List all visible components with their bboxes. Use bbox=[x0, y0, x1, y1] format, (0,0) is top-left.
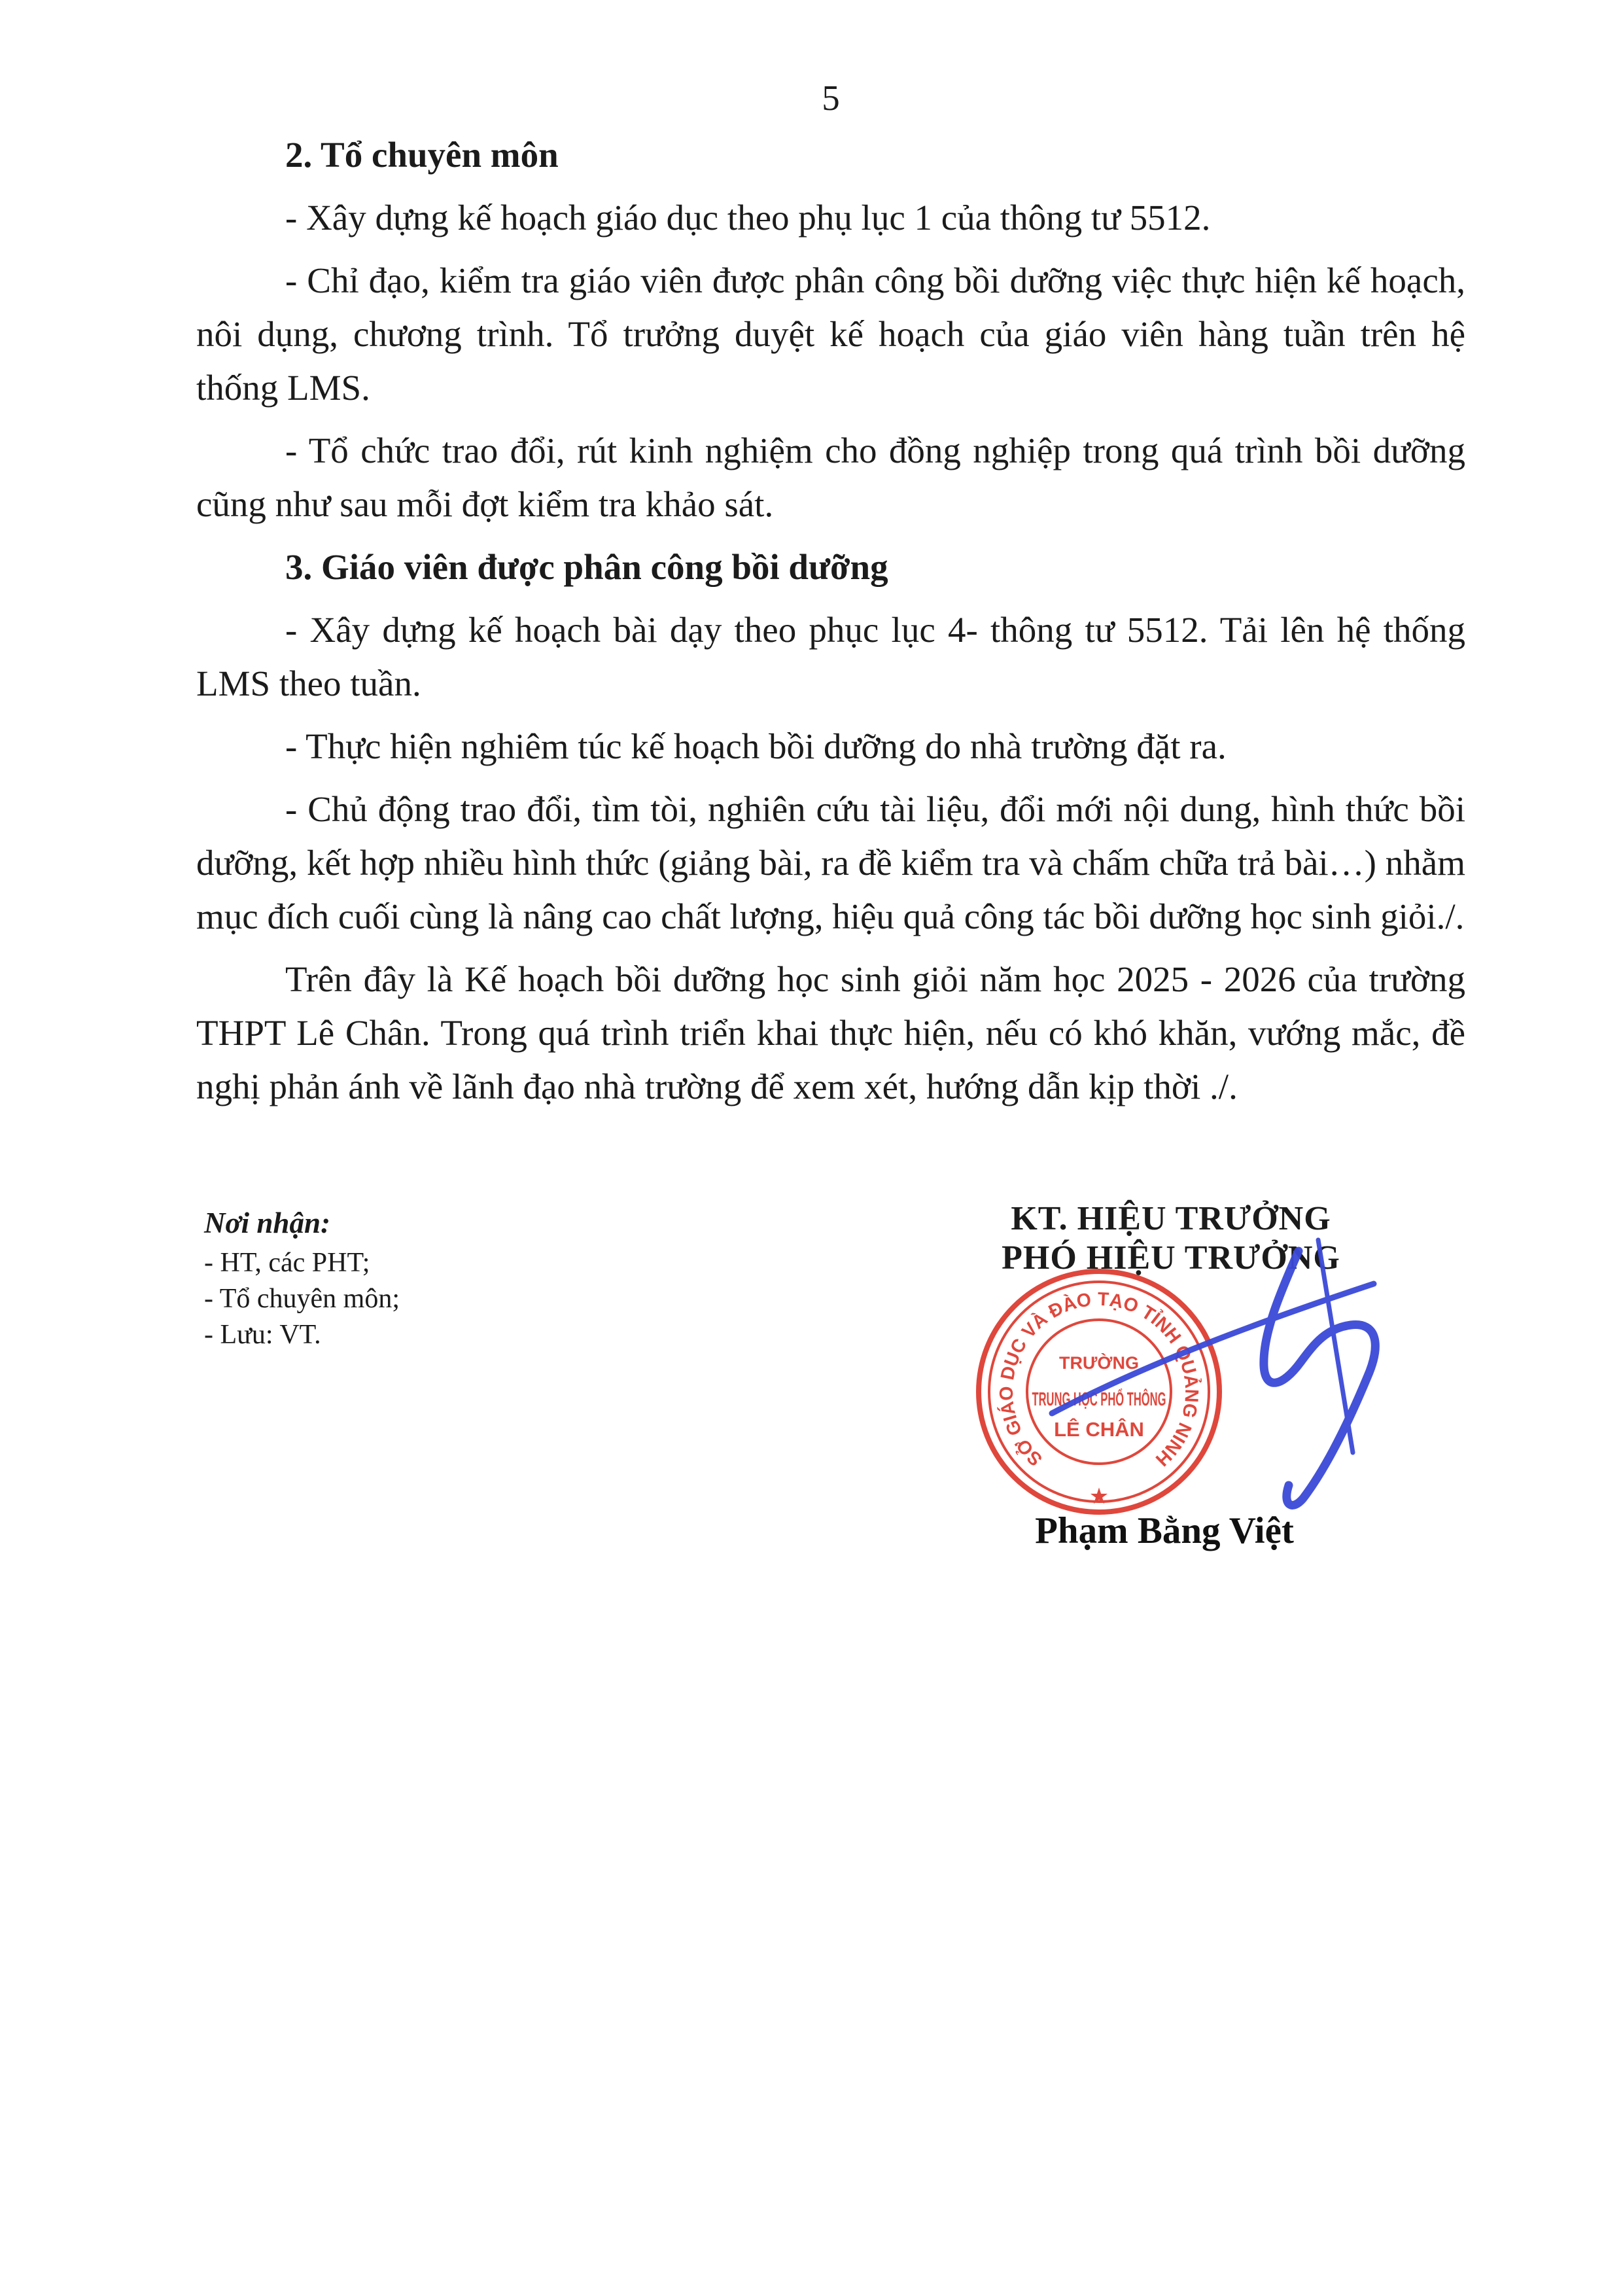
paragraph: Trên đây là Kế hoạch bồi dưỡng học sinh … bbox=[196, 953, 1465, 1114]
signature-ink bbox=[942, 1191, 1465, 1557]
recipients-title: Nơi nhận: bbox=[204, 1205, 400, 1241]
recipient-item: - Lưu: VT. bbox=[204, 1317, 400, 1353]
signature-vertical-stroke bbox=[1318, 1240, 1353, 1453]
paragraph: - Xây dựng kế hoạch bài dạy theo phục lụ… bbox=[196, 603, 1465, 711]
paragraph: - Thực hiện nghiêm túc kế hoạch bồi dưỡn… bbox=[196, 720, 1465, 773]
document-body: 2. Tổ chuyên môn - Xây dựng kế hoạch giá… bbox=[196, 128, 1465, 1114]
section-heading-3: 3. Giáo viên được phân công bồi dưỡng bbox=[196, 540, 1465, 594]
signer-name: Phạm Bằng Việt bbox=[962, 1510, 1367, 1552]
recipients-block: Nơi nhận: - HT, các PHT; - Tổ chuyên môn… bbox=[204, 1205, 400, 1353]
paragraph: - Chỉ đạo, kiểm tra giáo viên được phân … bbox=[196, 254, 1465, 415]
section-heading-2: 2. Tổ chuyên môn bbox=[196, 128, 1465, 182]
recipient-item: - HT, các PHT; bbox=[204, 1245, 400, 1281]
paragraph: - Chủ động trao đổi, tìm tòi, nghiên cứu… bbox=[196, 783, 1465, 944]
paragraph: - Xây dựng kế hoạch giáo dục theo phụ lụ… bbox=[196, 191, 1465, 245]
paragraph: - Tổ chức trao đổi, rút kinh nghiệm cho … bbox=[196, 424, 1465, 531]
signature-long-stroke bbox=[1052, 1284, 1374, 1413]
document-page: 5 2. Tổ chuyên môn - Xây dựng kế hoạch g… bbox=[0, 0, 1623, 2296]
recipient-item: - Tổ chuyên môn; bbox=[204, 1281, 400, 1317]
page-number: 5 bbox=[196, 0, 1465, 123]
